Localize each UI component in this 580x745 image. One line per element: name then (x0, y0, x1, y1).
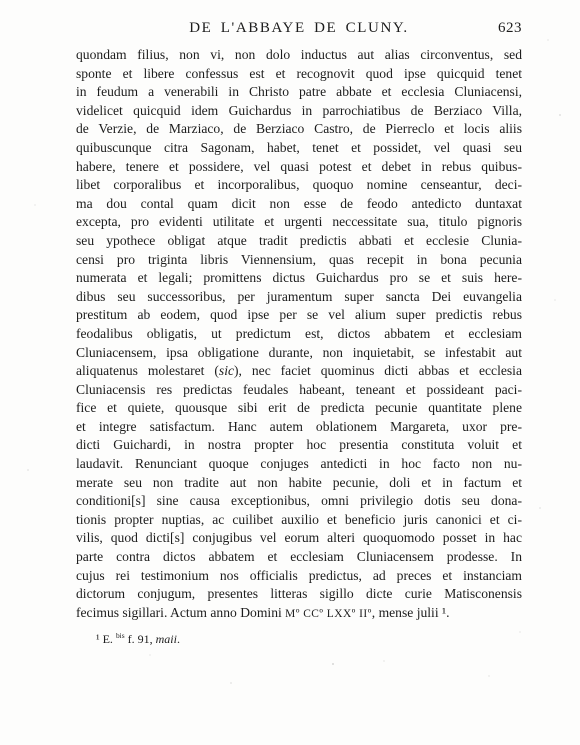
text-line: parte contra dictos abbatem et ecclesiam… (76, 548, 522, 567)
text-line: et integre satisfactum. Hanc autem oblat… (76, 418, 522, 437)
text-line: feodalibus obligatis, ut predictum est, … (76, 325, 522, 344)
text-line: conditioni[s] sine causa exceptionibus, … (76, 492, 522, 511)
text-line: quibuscunque citra Sagonam, habet, tenet… (76, 139, 522, 158)
text-line: laudavit. Renunciant quoque conjuges ant… (76, 455, 522, 474)
text-line: tionis propter nuptias, ac cuilibet auxi… (76, 511, 522, 530)
text-line: Cluniacensem, ipsa obligatione durante, … (76, 344, 522, 363)
text-line: vilis, quod dicti[s] conjugibus vel eoru… (76, 529, 522, 548)
text-line: censi pro triginta libris Viennensium, q… (76, 251, 522, 270)
text-line: in feudum a venerabili in Christo patre … (76, 83, 522, 102)
text-line: numerata et legali; promittens dictus Gu… (76, 269, 522, 288)
text-line: Cluniacensis res predictas feudales habe… (76, 381, 522, 400)
text-line: fecimus sigillari. Actum anno Domini Mº … (76, 604, 522, 623)
text-line: seu ypothece obligat atque tradit predic… (76, 232, 522, 251)
text-line: excepta, pro evidenti utilitate et urgen… (76, 213, 522, 232)
text-line: videlicet quicquid idem Guichardus in pa… (76, 102, 522, 121)
running-title: DE L'ABBAYE DE CLUNY. (76, 20, 522, 37)
page-header: DE L'ABBAYE DE CLUNY. 623 (76, 20, 522, 40)
text-line: prestitum ab eodem, quod ipse per se vel… (76, 306, 522, 325)
footnote: ¹ E. bis f. 91, maii. (96, 632, 180, 647)
text-line: fice et quiete, quousque sibi erit de pr… (76, 399, 522, 418)
text-line: dibus seu successoribus, per juramentum … (76, 288, 522, 307)
text-line: merate seu non tradite aut non habite pe… (76, 474, 522, 493)
text-line: dicti Guichardi, in nostra propter hoc p… (76, 436, 522, 455)
text-line: cujus rei testimonium nos officialis pre… (76, 567, 522, 586)
scanned-book-page: DE L'ABBAYE DE CLUNY. 623 quondam filius… (0, 0, 580, 745)
text-line: quondam filius, non vi, non dolo inductu… (76, 46, 522, 65)
text-line: sponte et libere confessus est et recogn… (76, 65, 522, 84)
text-line: dictorum conjugum, presentes litteras si… (76, 585, 522, 604)
body-text: quondam filius, non vi, non dolo inductu… (76, 46, 522, 622)
text-line: ma dou contal quam dicit non esse de feo… (76, 195, 522, 214)
text-line: de Verzie, de Marziaco, de Berziaco Cast… (76, 120, 522, 139)
page-number: 623 (498, 20, 522, 37)
text-line: habere, tenere et possidere, vel quasi p… (76, 158, 522, 177)
text-line: aliquatenus molestaret (sic), nec faciet… (76, 362, 522, 381)
text-line: libet corporalibus et incorporalibus, qu… (76, 176, 522, 195)
